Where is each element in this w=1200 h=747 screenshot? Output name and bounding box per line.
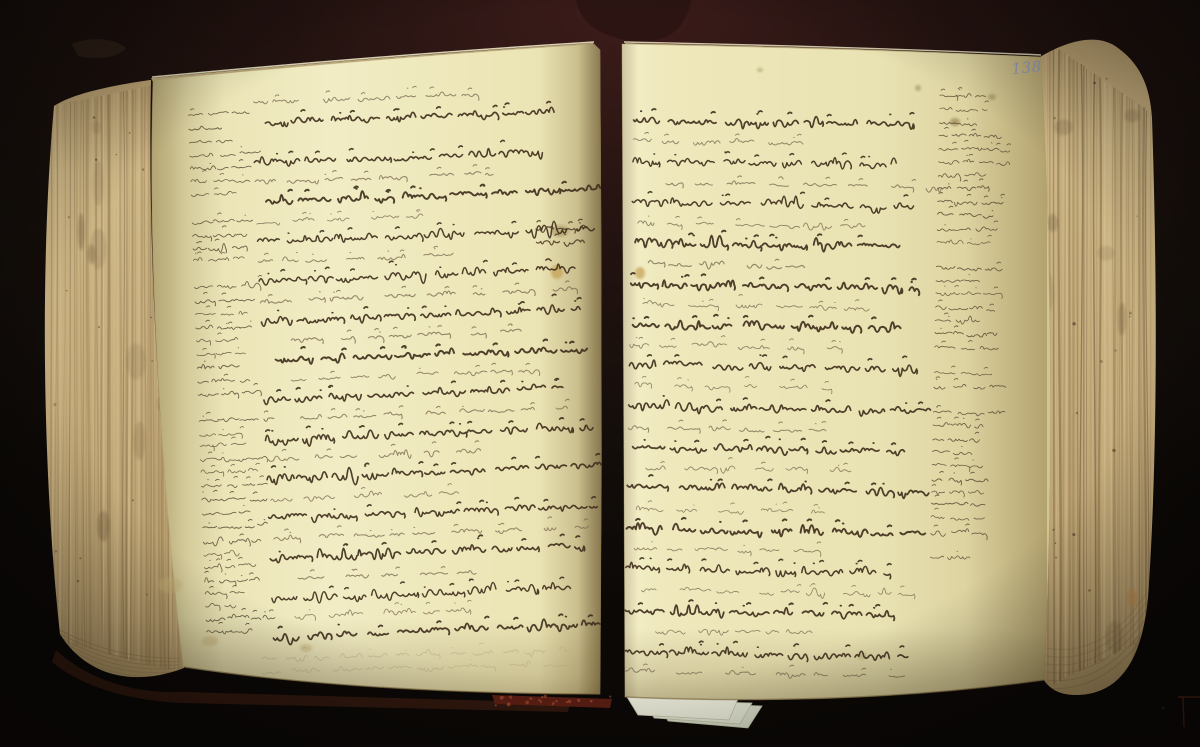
manuscript-scene: 138 [0,0,1200,747]
manuscript-photo: 138 [0,0,1200,747]
vignette [0,0,1200,747]
